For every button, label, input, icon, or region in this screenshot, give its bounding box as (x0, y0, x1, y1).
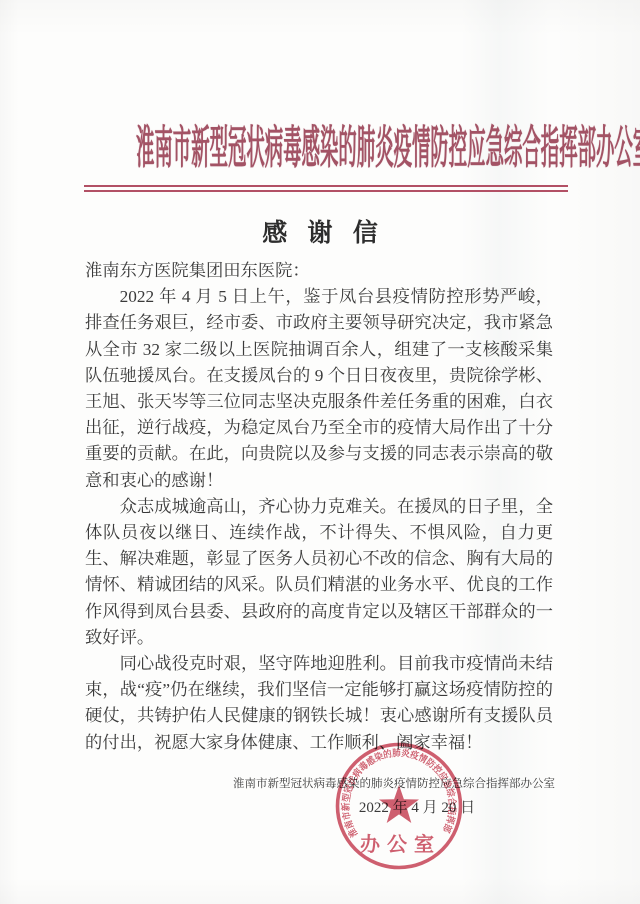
letter-body: 淮南东方医院集团田东医院： 2022 年 4 月 5 日上午，鉴于凤台县疫情防控… (85, 258, 553, 756)
salutation: 淮南东方医院集团田东医院： (85, 258, 553, 284)
letterhead-divider (84, 185, 568, 192)
official-stamp: 淮南市新型冠状病毒感染的肺炎疫情防控应急综合指挥部 办公室 (333, 740, 465, 872)
letterhead-org-name: 淮南市新型冠状病毒感染的肺炎疫情防控应急综合指挥部办公室 (136, 112, 504, 177)
letter-title: 感 谢 信 (0, 213, 640, 249)
star-icon (379, 785, 419, 823)
letter-page: 淮南市新型冠状病毒感染的肺炎疫情防控应急综合指挥部办公室 感 谢 信 淮南东方医… (0, 0, 640, 904)
paragraph-2: 众志成城逾高山，齐心协力克难关。在援凤的日子里，全体队员夜以继日、连续作战，不计… (85, 494, 553, 651)
paragraph-1: 2022 年 4 月 5 日上午，鉴于凤台县疫情防控形势严峻，排查任务艰巨，经市… (85, 284, 553, 494)
stamp-office-text: 办公室 (360, 832, 441, 856)
paragraph-3: 同心战役克时艰，坚守阵地迎胜利。目前我市疫情尚未结束，战“疫”仍在继续，我们坚信… (85, 651, 553, 756)
